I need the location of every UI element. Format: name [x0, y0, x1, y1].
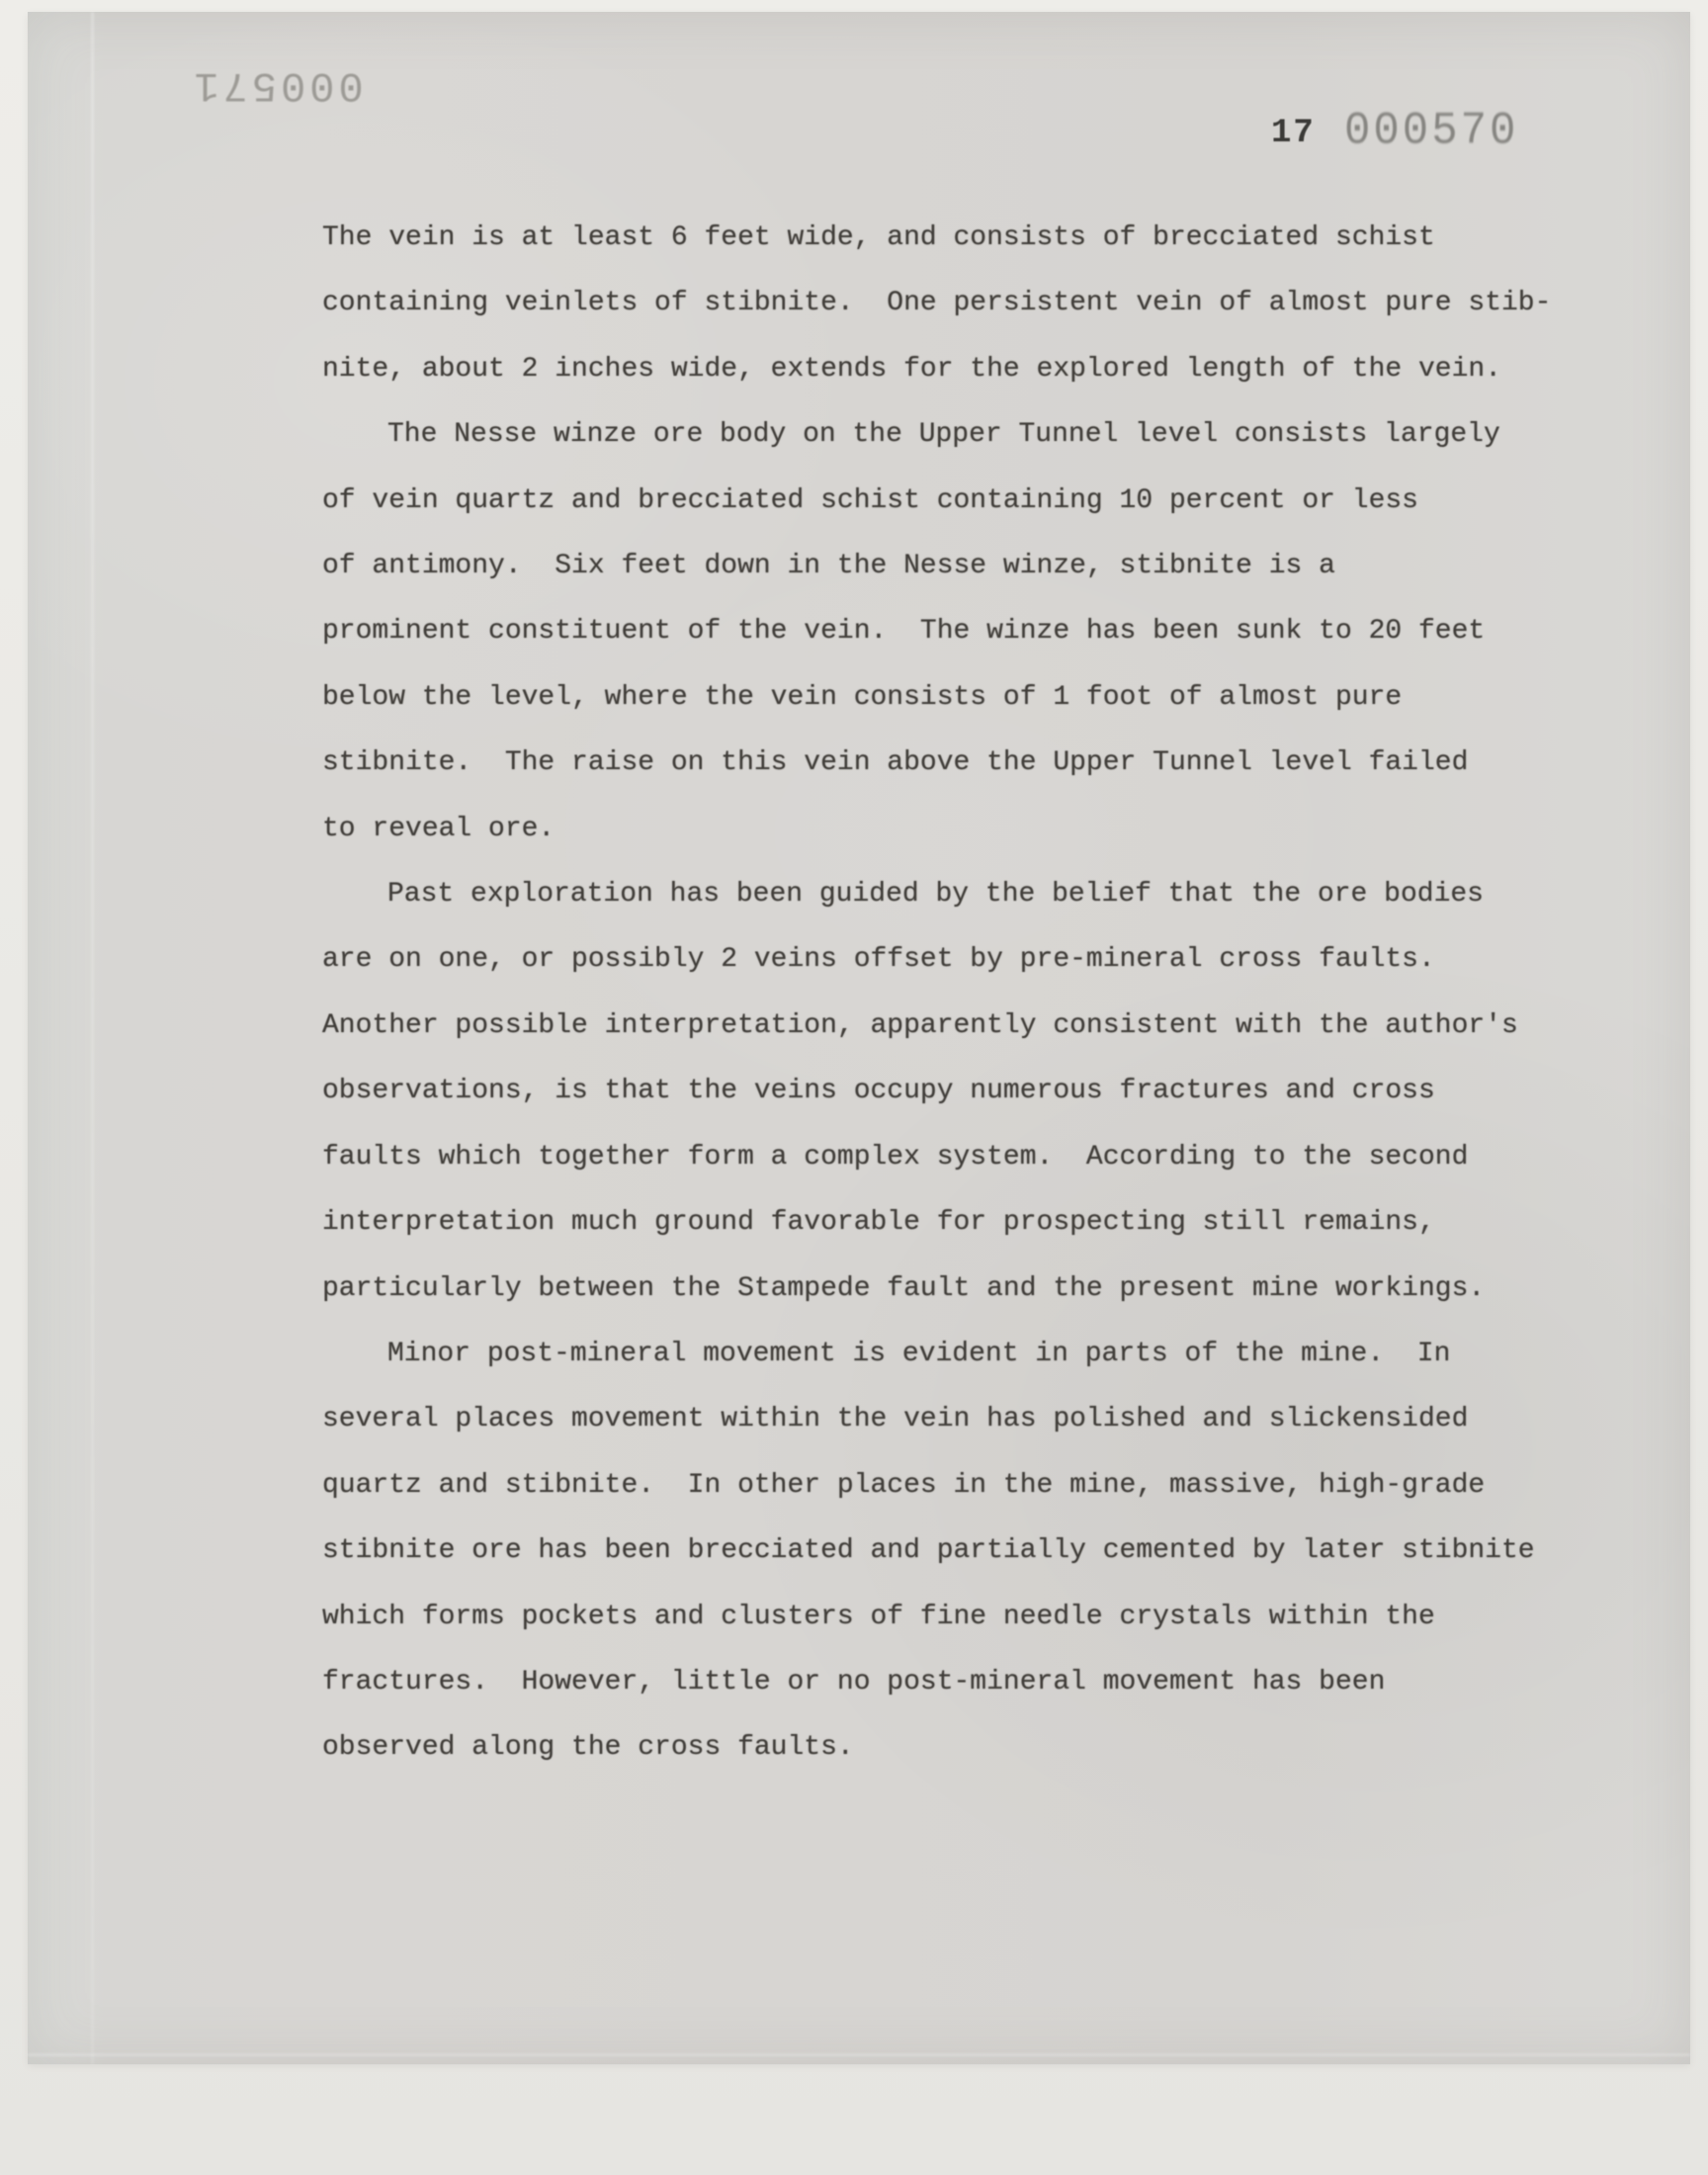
text-line: containing veinlets of stibnite. One per…	[322, 271, 1607, 336]
text-line: Past exploration has been guided by the …	[322, 862, 1607, 927]
scan-streak-horizontal	[28, 2053, 1690, 2056]
paper-sheet: 000571 17 000570 The vein is at least 6 …	[28, 12, 1690, 2064]
text-line: observations, is that the veins occupy n…	[322, 1059, 1607, 1124]
scan-streak-vertical	[91, 12, 94, 2064]
text-line: of vein quartz and brecciated schist con…	[322, 469, 1607, 534]
stamp-top-left-inverted: 000571	[178, 61, 376, 109]
text-line: of antimony. Six feet down in the Nesse …	[322, 534, 1607, 599]
document-body: The vein is at least 6 feet wide, and co…	[322, 206, 1607, 1782]
text-line: Minor post-mineral movement is evident i…	[322, 1322, 1607, 1387]
text-line: are on one, or possibly 2 veins offset b…	[322, 927, 1607, 993]
text-line: particularly between the Stampede fault …	[322, 1257, 1607, 1322]
text-line: fractures. However, little or no post-mi…	[322, 1650, 1607, 1715]
text-line: quartz and stibnite. In other places in …	[322, 1453, 1607, 1519]
text-line: several places movement within the vein …	[322, 1387, 1607, 1452]
page-number: 17	[1271, 115, 1316, 152]
text-line: interpretation much ground favorable for…	[322, 1190, 1607, 1256]
text-line: stibnite ore has been brecciated and par…	[322, 1519, 1607, 1584]
text-line: stibnite. The raise on this vein above t…	[322, 731, 1607, 796]
scanned-page-background: 000571 17 000570 The vein is at least 6 …	[0, 0, 1708, 2175]
text-line: prominent constituent of the vein. The w…	[322, 599, 1607, 664]
text-line: below the level, where the vein consists…	[322, 665, 1607, 731]
text-line: observed along the cross faults.	[322, 1715, 1607, 1781]
text-line: to reveal ore.	[322, 797, 1607, 862]
text-line: nite, about 2 inches wide, extends for t…	[322, 337, 1607, 402]
text-line: faults which together form a complex sys…	[322, 1125, 1607, 1190]
text-line: Another possible interpretation, apparen…	[322, 994, 1607, 1059]
stamp-top-right: 000570	[1344, 106, 1518, 158]
text-line: which forms pockets and clusters of fine…	[322, 1585, 1607, 1650]
text-line: The Nesse winze ore body on the Upper Tu…	[322, 402, 1607, 468]
text-line: The vein is at least 6 feet wide, and co…	[322, 206, 1607, 271]
